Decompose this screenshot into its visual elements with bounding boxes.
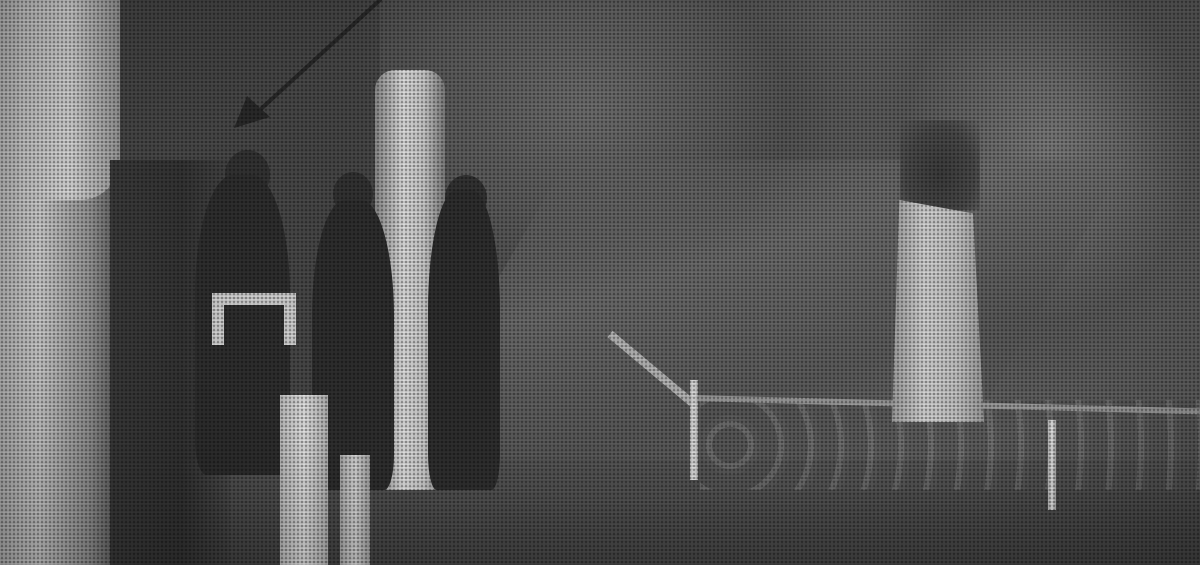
halftone-photograph	[0, 0, 1200, 565]
annotation-arrow-icon	[0, 0, 1200, 565]
